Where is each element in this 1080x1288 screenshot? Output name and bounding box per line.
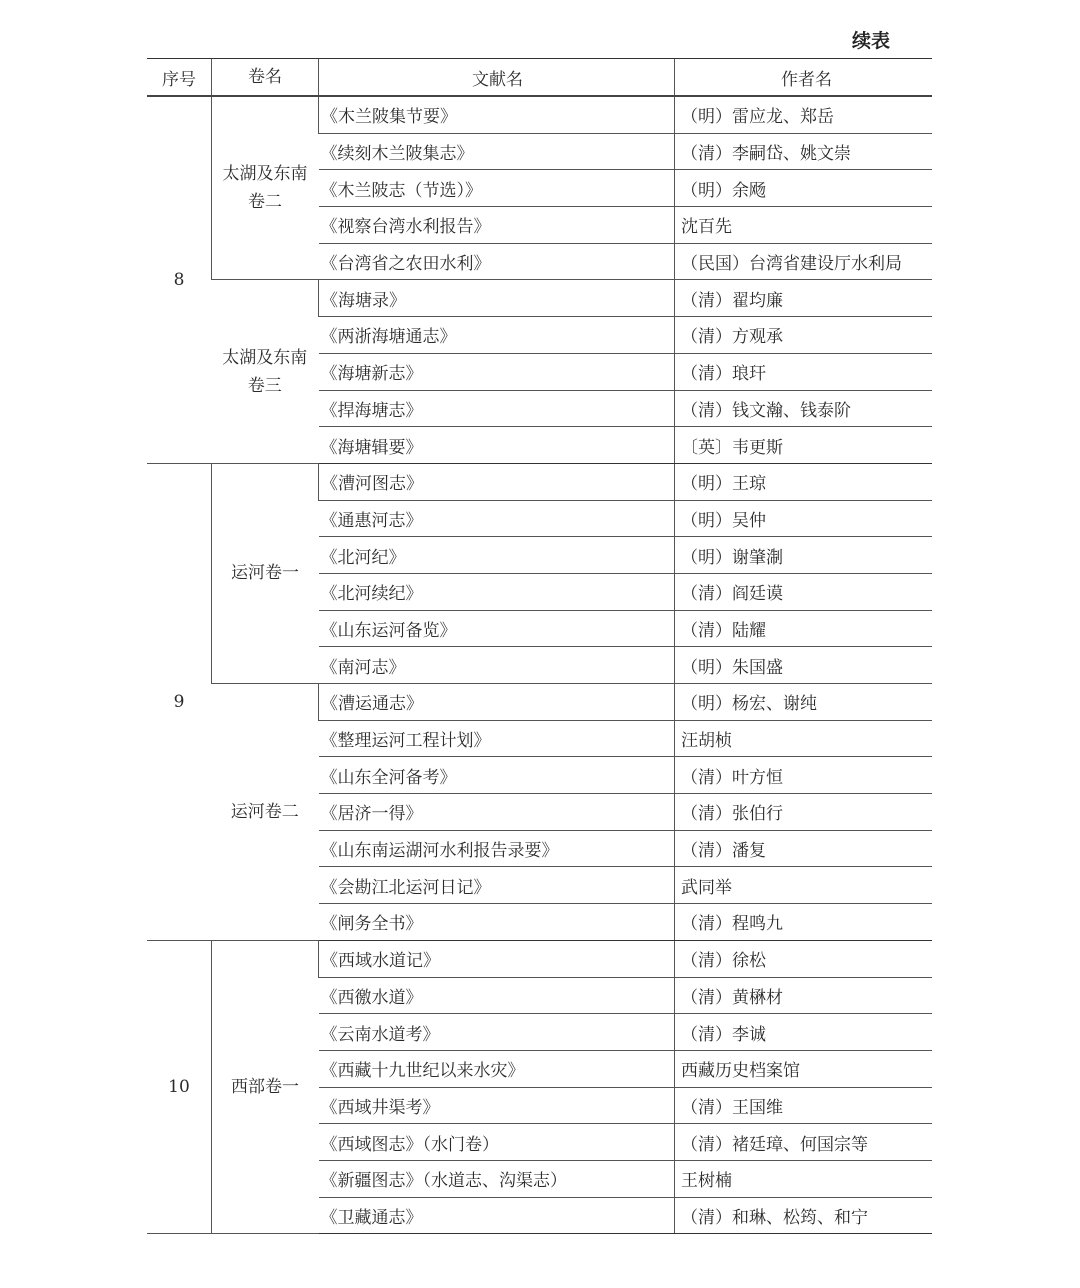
author-cell: （清）陆耀 <box>675 610 933 647</box>
author-cell: 沈百先 <box>675 207 933 244</box>
author-cell: （清）王国维 <box>675 1087 933 1124</box>
author-cell: 武同举 <box>675 867 933 904</box>
author-cell: （明）王琼 <box>675 463 933 500</box>
author-cell: （清）叶方恒 <box>675 757 933 794</box>
title-cell: 《卫藏通志》 <box>319 1197 675 1234</box>
author-cell: 〔英〕韦更斯 <box>675 427 933 464</box>
title-cell: 《两浙海塘通志》 <box>319 317 675 354</box>
author-cell: （清）翟均廉 <box>675 280 933 317</box>
author-cell: 汪胡桢 <box>675 720 933 757</box>
title-cell: 《山东运河备览》 <box>319 610 675 647</box>
author-cell: （清）和琳、松筠、和宁 <box>675 1197 933 1234</box>
title-cell: 《新疆图志》（水道志、沟渠志） <box>319 1160 675 1197</box>
volume-cell: 运河卷二 <box>212 684 319 941</box>
author-cell: （明）杨宏、谢纯 <box>675 684 933 721</box>
author-cell: 西藏历史档案馆 <box>675 1050 933 1087</box>
author-cell: （明）雷应龙、郑岳 <box>675 96 933 133</box>
header-title: 文献名 <box>319 59 675 97</box>
title-cell: 《云南水道考》 <box>319 1014 675 1051</box>
title-cell: 《木兰陂志（节选）》 <box>319 170 675 207</box>
header-volume: 卷名 <box>212 59 319 97</box>
author-cell: （清）褚廷璋、何国宗等 <box>675 1124 933 1161</box>
volume-cell: 太湖及东南卷二 <box>212 96 319 280</box>
author-cell: （民国）台湾省建设厅水利局 <box>675 243 933 280</box>
author-cell: （清）琅玕 <box>675 353 933 390</box>
title-cell: 《居济一得》 <box>319 794 675 831</box>
author-cell: （明）余飏 <box>675 170 933 207</box>
seq-cell: 10 <box>147 940 212 1234</box>
author-cell: （清）李嗣岱、姚文崇 <box>675 133 933 170</box>
title-cell: 《漕运通志》 <box>319 684 675 721</box>
author-cell: （明）吴仲 <box>675 500 933 537</box>
author-cell: （清）张伯行 <box>675 794 933 831</box>
title-cell: 《北河纪》 <box>319 537 675 574</box>
title-cell: 《西域图志》（水门卷） <box>319 1124 675 1161</box>
title-cell: 《海塘新志》 <box>319 353 675 390</box>
table-row: 太湖及东南卷三《海塘录》（清）翟均廉 <box>147 280 932 317</box>
title-cell: 《续刻木兰陂集志》 <box>319 133 675 170</box>
table-row: 运河卷二《漕运通志》（明）杨宏、谢纯 <box>147 684 932 721</box>
title-cell: 《西藏十九世纪以来水灾》 <box>319 1050 675 1087</box>
title-cell: 《木兰陂集节要》 <box>319 96 675 133</box>
author-cell: （明）谢肇淛 <box>675 537 933 574</box>
literature-table: 序号 卷名 文献名 作者名 8太湖及东南卷二《木兰陂集节要》（明）雷应龙、郑岳《… <box>147 58 932 1234</box>
title-cell: 《西徼水道》 <box>319 977 675 1014</box>
author-cell: （清）黄楙材 <box>675 977 933 1014</box>
title-cell: 《北河续纪》 <box>319 573 675 610</box>
volume-cell: 运河卷一 <box>212 463 319 683</box>
author-cell: （清）钱文瀚、钱泰阶 <box>675 390 933 427</box>
author-cell: （清）徐松 <box>675 940 933 977</box>
title-cell: 《整理运河工程计划》 <box>319 720 675 757</box>
title-cell: 《视察台湾水利报告》 <box>319 207 675 244</box>
volume-cell: 太湖及东南卷三 <box>212 280 319 463</box>
volume-cell: 西部卷一 <box>212 940 319 1234</box>
title-cell: 《会勘江北运河日记》 <box>319 867 675 904</box>
title-cell: 《捍海塘志》 <box>319 390 675 427</box>
title-cell: 《山东全河备考》 <box>319 757 675 794</box>
title-cell: 《闸务全书》 <box>319 904 675 941</box>
author-cell: （明）朱国盛 <box>675 647 933 684</box>
title-cell: 《台湾省之农田水利》 <box>319 243 675 280</box>
title-cell: 《海塘录》 <box>319 280 675 317</box>
title-cell: 《西域井渠考》 <box>319 1087 675 1124</box>
title-cell: 《海塘辑要》 <box>319 427 675 464</box>
table-row: 8太湖及东南卷二《木兰陂集节要》（明）雷应龙、郑岳 <box>147 96 932 133</box>
seq-cell: 9 <box>147 463 212 940</box>
table-caption: 续表 <box>852 26 890 53</box>
title-cell: 《西域水道记》 <box>319 940 675 977</box>
table-body: 8太湖及东南卷二《木兰陂集节要》（明）雷应龙、郑岳《续刻木兰陂集志》（清）李嗣岱… <box>147 96 932 1234</box>
header-author: 作者名 <box>675 59 933 97</box>
table-row: 10西部卷一《西域水道记》（清）徐松 <box>147 940 932 977</box>
author-cell: （清）程鸣九 <box>675 904 933 941</box>
author-cell: 王树楠 <box>675 1160 933 1197</box>
author-cell: （清）潘复 <box>675 830 933 867</box>
header-seq: 序号 <box>147 59 212 97</box>
title-cell: 《山东南运湖河水利报告录要》 <box>319 830 675 867</box>
table-header-row: 序号 卷名 文献名 作者名 <box>147 59 932 97</box>
title-cell: 《南河志》 <box>319 647 675 684</box>
author-cell: （清）方观承 <box>675 317 933 354</box>
author-cell: （清）李诚 <box>675 1014 933 1051</box>
title-cell: 《通惠河志》 <box>319 500 675 537</box>
title-cell: 《漕河图志》 <box>319 463 675 500</box>
seq-cell: 8 <box>147 96 212 463</box>
table-row: 9运河卷一《漕河图志》（明）王琼 <box>147 463 932 500</box>
author-cell: （清）阎廷谟 <box>675 573 933 610</box>
